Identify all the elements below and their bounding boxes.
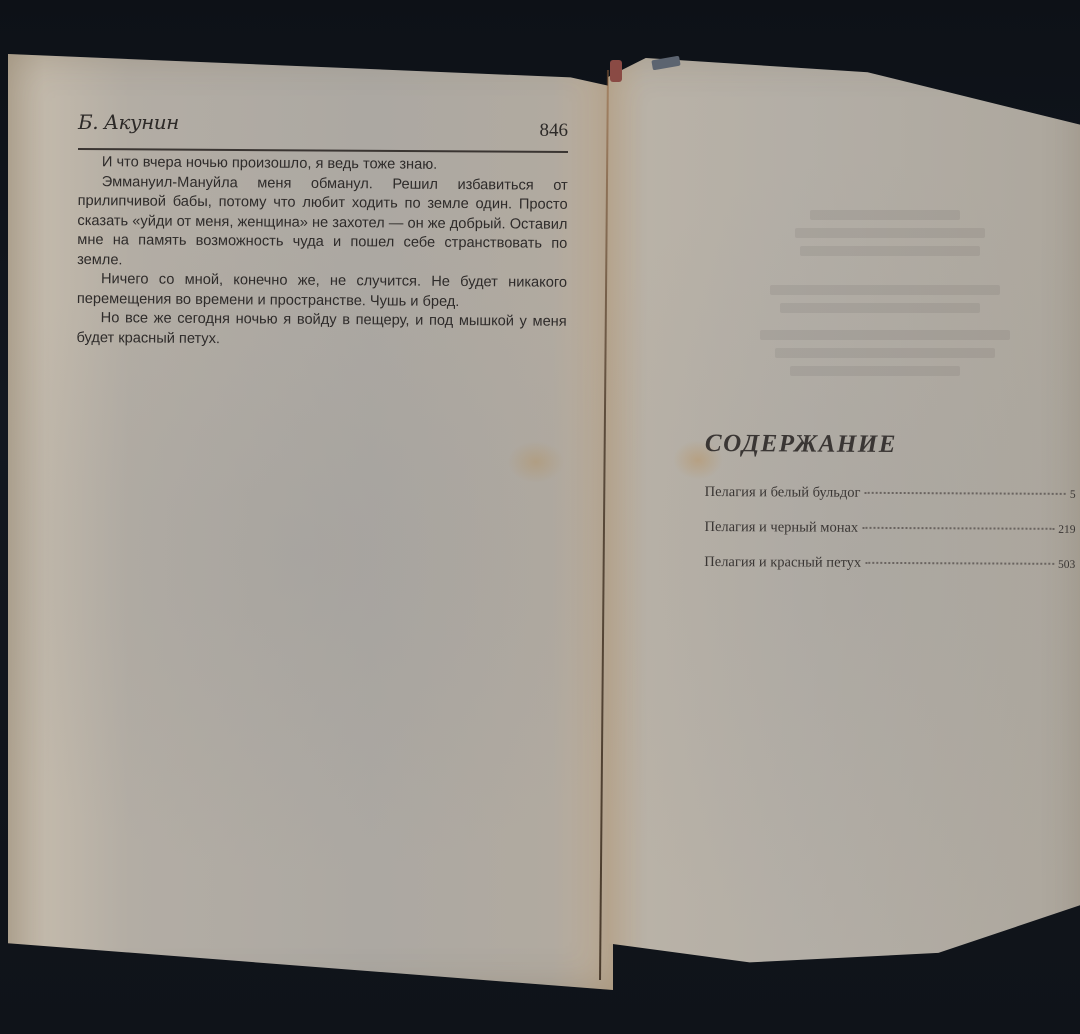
show-through-text xyxy=(795,228,985,238)
toc-entry-title: Пелагия и черный монах xyxy=(704,519,858,537)
paragraph: Но все же сегодня ночью я войду в пещеру… xyxy=(76,309,566,352)
paragraph: Ничего со мной, конечно же, не случится.… xyxy=(77,270,567,313)
show-through-text xyxy=(800,246,980,256)
toc-entry-title: Пелагия и красный петух xyxy=(704,554,861,572)
toc-entry-page: 219 xyxy=(1058,524,1079,536)
toc-leader-dots xyxy=(864,492,1065,495)
show-through-text xyxy=(760,330,1010,340)
show-through-text xyxy=(790,366,960,376)
author-logo: Б. Акунин xyxy=(78,110,179,134)
toc-entry-page: 503 xyxy=(1058,559,1079,571)
show-through-text xyxy=(810,210,960,220)
red-bookmark-ribbon xyxy=(610,60,622,82)
toc-entry: Пелагия и черный монах 219 xyxy=(704,519,1079,556)
running-header: Б. Акунин 846 xyxy=(78,110,568,150)
show-through-text xyxy=(770,285,1000,295)
show-through-text xyxy=(775,348,995,358)
toc-leader-dots xyxy=(865,562,1054,565)
toc-entry-page: 5 xyxy=(1070,489,1080,501)
toc-leader-dots xyxy=(862,527,1054,530)
paragraph: Эммануил-Мануйла меня обманул. Решил изб… xyxy=(77,172,568,273)
page-number: 846 xyxy=(540,120,569,142)
toc-entry: Пелагия и красный петух 503 xyxy=(704,554,1079,591)
body-text: И что вчера ночью произошло, я ведь тоже… xyxy=(76,153,568,352)
toc-title: СОДЕРЖАНИЕ xyxy=(705,430,1080,460)
toc-entry-title: Пелагия и белый бульдог xyxy=(705,484,861,502)
toc-entry: Пелагия и белый бульдог 5 xyxy=(705,484,1080,521)
table-of-contents: СОДЕРЖАНИЕ Пелагия и белый бульдог 5 Пел… xyxy=(704,430,1080,591)
open-book-photo: Б. Акунин 846 И что вчера ночью произошл… xyxy=(0,0,1080,1034)
show-through-text xyxy=(780,303,980,313)
